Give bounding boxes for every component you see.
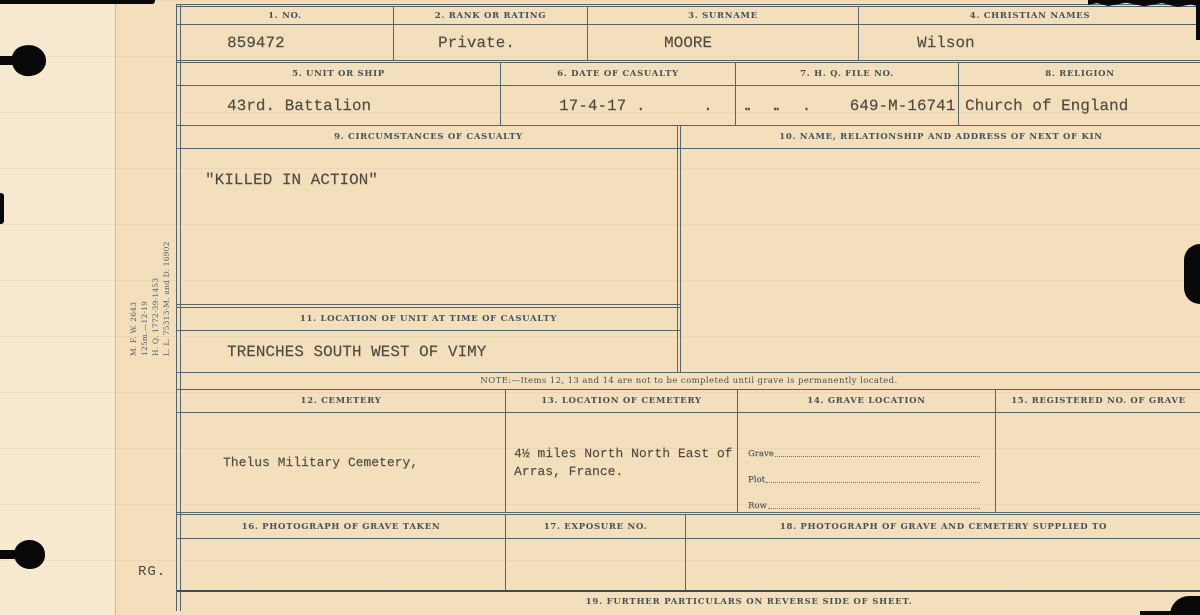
field-photo-taken-label: 16. PHOTOGRAPH OF GRAVE TAKEN — [177, 515, 505, 539]
dotted-leader — [766, 482, 980, 483]
field-christian-names-label: 4. CHRISTIAN NAMES — [859, 7, 1200, 25]
field-date-of-casualty-value: 17-4-17 . . . . — [501, 86, 735, 125]
field-unit-location-label: 11. LOCATION OF UNIT AT TIME OF CASUALTY — [177, 308, 680, 331]
form-code-line: 125m.—12-19 — [139, 252, 150, 356]
field-exposure-no: 17. EXPOSURE NO. — [506, 515, 686, 590]
field-hq-file-no: 7. H. Q. FILE NO. . . . 649-M-16741 — [736, 63, 959, 125]
field-cemetery-value: Thelus Military Cemetery, — [177, 413, 505, 512]
field-grave-location: 14. GRAVE LOCATION Grave Plot Row — [738, 390, 996, 512]
scan-artifact-left-edge — [0, 193, 4, 224]
field-circumstances-label: 9. CIRCUMSTANCES OF CASUALTY — [177, 126, 680, 149]
field-photo-supplied-value — [686, 539, 1200, 590]
plot-line-label: Plot — [748, 475, 765, 485]
scan-artifact-right-top — [1196, 0, 1200, 40]
field-religion: 8. RELIGION Church of England — [959, 63, 1200, 125]
field-exposure-no-label: 17. EXPOSURE NO. — [506, 515, 685, 539]
column-divider-double-line — [677, 126, 678, 372]
paper-edge-line — [115, 0, 116, 615]
field-grave-location-label: 14. GRAVE LOCATION — [738, 390, 995, 413]
form-code-line: M. F. W. 2643 — [128, 252, 139, 356]
punch-hole-top-stem — [0, 56, 16, 65]
row-fields-5-8: 5. UNIT OR SHIP 43rd. Battalion 6. DATE … — [177, 63, 1200, 125]
form-code-vertical-text: M. F. W. 2643 125m.—12-19 H. Q. 1772-39-… — [128, 252, 172, 356]
field-photo-supplied-label: 18. PHOTOGRAPH OF GRAVE AND CEMETERY SUP… — [686, 515, 1200, 539]
note-band: NOTE:—Items 12, 13 and 14 are not to be … — [177, 372, 1200, 390]
field-cemetery-location: 13. LOCATION OF CEMETERY 4½ miles North … — [506, 390, 738, 512]
field-cemetery-location-label: 13. LOCATION OF CEMETERY — [506, 390, 737, 413]
field-christian-names: 4. CHRISTIAN NAMES Wilson — [859, 7, 1200, 60]
field-grave-location-value: Grave Plot Row — [738, 413, 995, 512]
field-cemetery: 12. CEMETERY Thelus Military Cemetery, — [177, 390, 506, 512]
field-unit-value: 43rd. Battalion — [177, 86, 500, 125]
scan-artifact-top-edge — [0, 0, 155, 4]
scan-artifact-bottom-edge — [1140, 611, 1200, 615]
field-religion-value: Church of England — [959, 86, 1200, 125]
rg-stamp: RG. — [138, 564, 166, 580]
field-circumstances: 9. CIRCUMSTANCES OF CASUALTY "KILLED IN … — [177, 126, 681, 372]
field-photo-supplied: 18. PHOTOGRAPH OF GRAVE AND CEMETERY SUP… — [686, 515, 1200, 590]
form-code-line: L. L. 75313-M. and D. 16902 — [161, 252, 172, 356]
field-surname: 3. SURNAME MOORE — [588, 7, 859, 60]
punch-hole-bottom — [14, 540, 45, 569]
field-no: 1. NO. 859472 — [177, 7, 394, 60]
field-rank-value: Private. — [394, 25, 587, 60]
field-rank: 2. RANK OR RATING Private. — [394, 7, 588, 60]
footer-band: 19. FURTHER PARTICULARS ON REVERSE SIDE … — [177, 590, 1200, 611]
footer-text: 19. FURTHER PARTICULARS ON REVERSE SIDE … — [586, 597, 913, 607]
field-date-of-casualty: 6. DATE OF CASUALTY 17-4-17 . . . . — [501, 63, 736, 125]
field-next-of-kin-label: 10. NAME, RELATIONSHIP AND ADDRESS OF NE… — [681, 126, 1200, 149]
field-surname-value: MOORE — [588, 25, 858, 60]
casualty-record-card: M. F. W. 2643 125m.—12-19 H. Q. 1772-39-… — [0, 0, 1200, 615]
field-religion-label: 8. RELIGION — [959, 63, 1200, 86]
grave-line-label: Grave — [748, 449, 774, 459]
field-date-of-casualty-label: 6. DATE OF CASUALTY — [501, 63, 735, 86]
row-fields-9-11: 9. CIRCUMSTANCES OF CASUALTY "KILLED IN … — [177, 125, 1200, 372]
plot-line: Plot — [738, 459, 995, 485]
field-unit-label: 5. UNIT OR SHIP — [177, 63, 500, 86]
field-cemetery-location-value: 4½ miles North North East of Arras, Fran… — [506, 413, 737, 512]
form-grid: 1. NO. 859472 2. RANK OR RATING Private.… — [176, 4, 1200, 611]
field-registered-no-value — [996, 413, 1200, 512]
field-surname-label: 3. SURNAME — [588, 7, 858, 25]
row-fields-1-4: 1. NO. 859472 2. RANK OR RATING Private.… — [177, 7, 1200, 60]
field-circumstances-value: "KILLED IN ACTION" — [177, 149, 680, 304]
punch-hole-bottom-stem — [0, 550, 17, 559]
field-no-value: 859472 — [177, 25, 393, 60]
field-rank-label: 2. RANK OR RATING — [394, 7, 587, 25]
field-no-label: 1. NO. — [177, 7, 393, 25]
field-hq-file-no-value: . . . 649-M-16741 — [736, 86, 958, 125]
field-hq-file-no-label: 7. H. Q. FILE NO. — [736, 63, 958, 86]
field-registered-no-label: 15. REGISTERED NO. OF GRAVE — [996, 390, 1200, 413]
field-photo-taken-value — [177, 539, 505, 590]
field-next-of-kin-value — [681, 149, 1200, 372]
field-unit-location-value: TRENCHES SOUTH WEST OF VIMY — [177, 331, 680, 372]
row-fields-16-18: 16. PHOTOGRAPH OF GRAVE TAKEN 17. EXPOSU… — [177, 515, 1200, 590]
scan-artifact-right-edge — [1184, 244, 1200, 304]
note-text: NOTE:—Items 12, 13 and 14 are not to be … — [480, 376, 897, 386]
row-line-label: Row — [748, 501, 767, 511]
field-registered-no: 15. REGISTERED NO. OF GRAVE — [996, 390, 1200, 512]
field-unit: 5. UNIT OR SHIP 43rd. Battalion — [177, 63, 501, 125]
row-line: Row — [738, 485, 995, 511]
field-photo-taken: 16. PHOTOGRAPH OF GRAVE TAKEN — [177, 515, 506, 590]
field-next-of-kin: 10. NAME, RELATIONSHIP AND ADDRESS OF NE… — [681, 126, 1200, 372]
dotted-leader — [775, 456, 980, 457]
dotted-leader — [768, 508, 980, 509]
field-christian-names-value: Wilson — [859, 25, 1200, 60]
grave-line: Grave — [738, 433, 995, 459]
row-fields-12-15: 12. CEMETERY Thelus Military Cemetery, 1… — [177, 390, 1200, 512]
field-exposure-no-value — [506, 539, 685, 590]
field-cemetery-label: 12. CEMETERY — [177, 390, 505, 413]
form-code-line: H. Q. 1772-39-1453 — [150, 252, 161, 356]
